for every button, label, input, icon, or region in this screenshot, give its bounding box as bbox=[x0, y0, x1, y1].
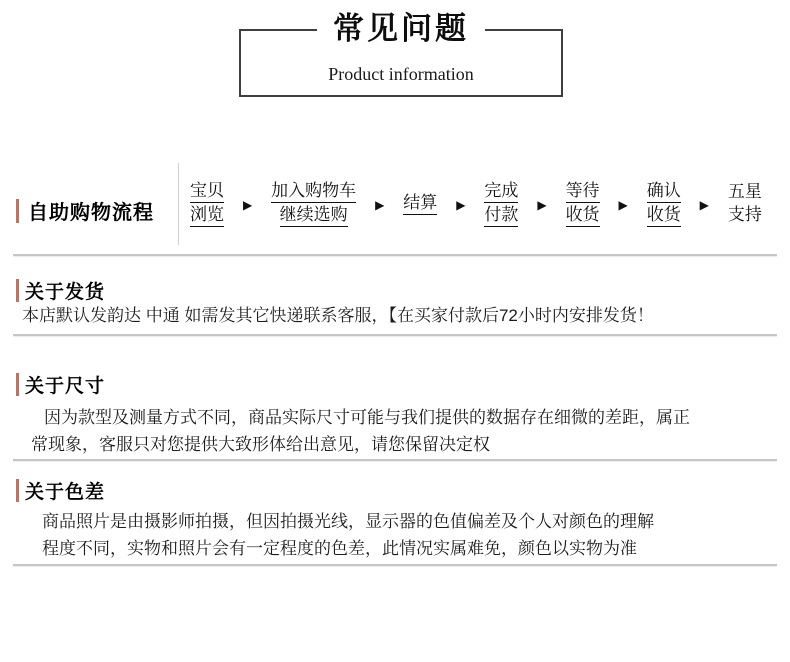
flow-step-confirm-receipt: 确认 收货 bbox=[647, 181, 681, 229]
color-section-body: 商品照片是由摄影师拍摄，但因拍摄光线，显示器的色值偏差及个人对颜色的理解 程度不… bbox=[42, 508, 654, 562]
flow-step-five-star: 五星 支持 bbox=[728, 182, 762, 228]
flow-step-add-to-cart: 加入购物车 继续选购 bbox=[271, 181, 356, 229]
flow-step-label: 继续选购 bbox=[280, 205, 348, 227]
color-section-heading: 关于色差 bbox=[16, 477, 105, 504]
accent-bar bbox=[16, 279, 19, 302]
body-text-line: 常现象，客服只对您提供大致形体给出意见，请您保留决定权 bbox=[31, 431, 690, 458]
size-heading-label: 关于尺寸 bbox=[25, 371, 105, 398]
accent-bar bbox=[16, 373, 19, 396]
color-heading-label: 关于色差 bbox=[25, 477, 105, 504]
arrow-right-icon: ▶ bbox=[618, 199, 629, 211]
flow-step-label: 确认 bbox=[647, 181, 681, 203]
flow-step-label: 加入购物车 bbox=[271, 181, 356, 203]
product-information-page: 常见问题 Product information 自助购物流程 宝贝 浏览 ▶ … bbox=[0, 0, 790, 662]
arrow-right-icon: ▶ bbox=[242, 199, 253, 211]
arrow-right-icon: ▶ bbox=[699, 199, 710, 211]
body-text-line: 因为款型及测量方式不同，商品实际尺寸可能与我们提供的数据存在细微的差距，属正 bbox=[31, 404, 690, 431]
arrow-right-icon: ▶ bbox=[374, 199, 385, 211]
flow-step-label: 结算 bbox=[403, 193, 437, 215]
flow-step-wait-goods: 等待 收货 bbox=[566, 181, 600, 229]
shipping-section-body: 本店默认发韵达 中通 如需发其它快递联系客服，【在买家付款后72小时内安排发货！ bbox=[22, 304, 654, 328]
section-divider bbox=[13, 254, 777, 257]
accent-bar bbox=[16, 479, 19, 502]
flow-step-label: 支持 bbox=[728, 205, 762, 226]
arrow-right-icon: ▶ bbox=[536, 199, 547, 211]
page-subtitle: Product information bbox=[241, 64, 561, 84]
section-divider bbox=[13, 564, 777, 567]
vertical-divider bbox=[178, 163, 179, 245]
flow-step-label: 浏览 bbox=[190, 205, 224, 227]
section-divider bbox=[13, 459, 777, 462]
body-text-line: 程度不同，实物和照片会有一定程度的色差，此情况实属难免，颜色以实物为准 bbox=[42, 535, 654, 562]
shipping-heading-label: 关于发货 bbox=[25, 277, 105, 304]
arrow-right-icon: ▶ bbox=[455, 199, 466, 211]
size-section-heading: 关于尺寸 bbox=[16, 371, 105, 398]
shopping-flow-label: 自助购物流程 bbox=[28, 196, 154, 225]
flow-step-browse: 宝贝 浏览 bbox=[190, 181, 224, 229]
flow-step-pay: 完成 付款 bbox=[484, 181, 518, 229]
flow-step-label: 收货 bbox=[647, 205, 681, 227]
page-title: 常见问题 bbox=[317, 9, 485, 49]
shipping-section-heading: 关于发货 bbox=[16, 277, 105, 304]
flow-step-checkout: 结算 bbox=[403, 193, 437, 217]
flow-step-label: 宝贝 bbox=[190, 181, 224, 203]
shopping-flow-steps: 宝贝 浏览 ▶ 加入购物车 继续选购 ▶ 结算 ▶ 完成 付款 ▶ 等待 收货 … bbox=[190, 168, 762, 242]
flow-step-label: 完成 bbox=[484, 181, 518, 203]
flow-step-label: 等待 bbox=[566, 181, 600, 203]
accent-bar bbox=[16, 199, 19, 223]
faq-header-box: 常见问题 Product information bbox=[239, 29, 563, 97]
body-text-line: 商品照片是由摄影师拍摄，但因拍摄光线，显示器的色值偏差及个人对颜色的理解 bbox=[42, 508, 654, 535]
flow-step-label: 收货 bbox=[566, 205, 600, 227]
size-section-body: 因为款型及测量方式不同，商品实际尺寸可能与我们提供的数据存在细微的差距，属正 常… bbox=[31, 404, 690, 458]
flow-step-label: 五星 bbox=[728, 182, 762, 203]
flow-step-label: 付款 bbox=[484, 205, 518, 227]
body-text-line: 本店默认发韵达 中通 如需发其它快递联系客服，【在买家付款后72小时内安排发货！ bbox=[22, 304, 654, 328]
shopping-flow-heading: 自助购物流程 bbox=[16, 196, 154, 225]
section-divider bbox=[13, 334, 777, 337]
